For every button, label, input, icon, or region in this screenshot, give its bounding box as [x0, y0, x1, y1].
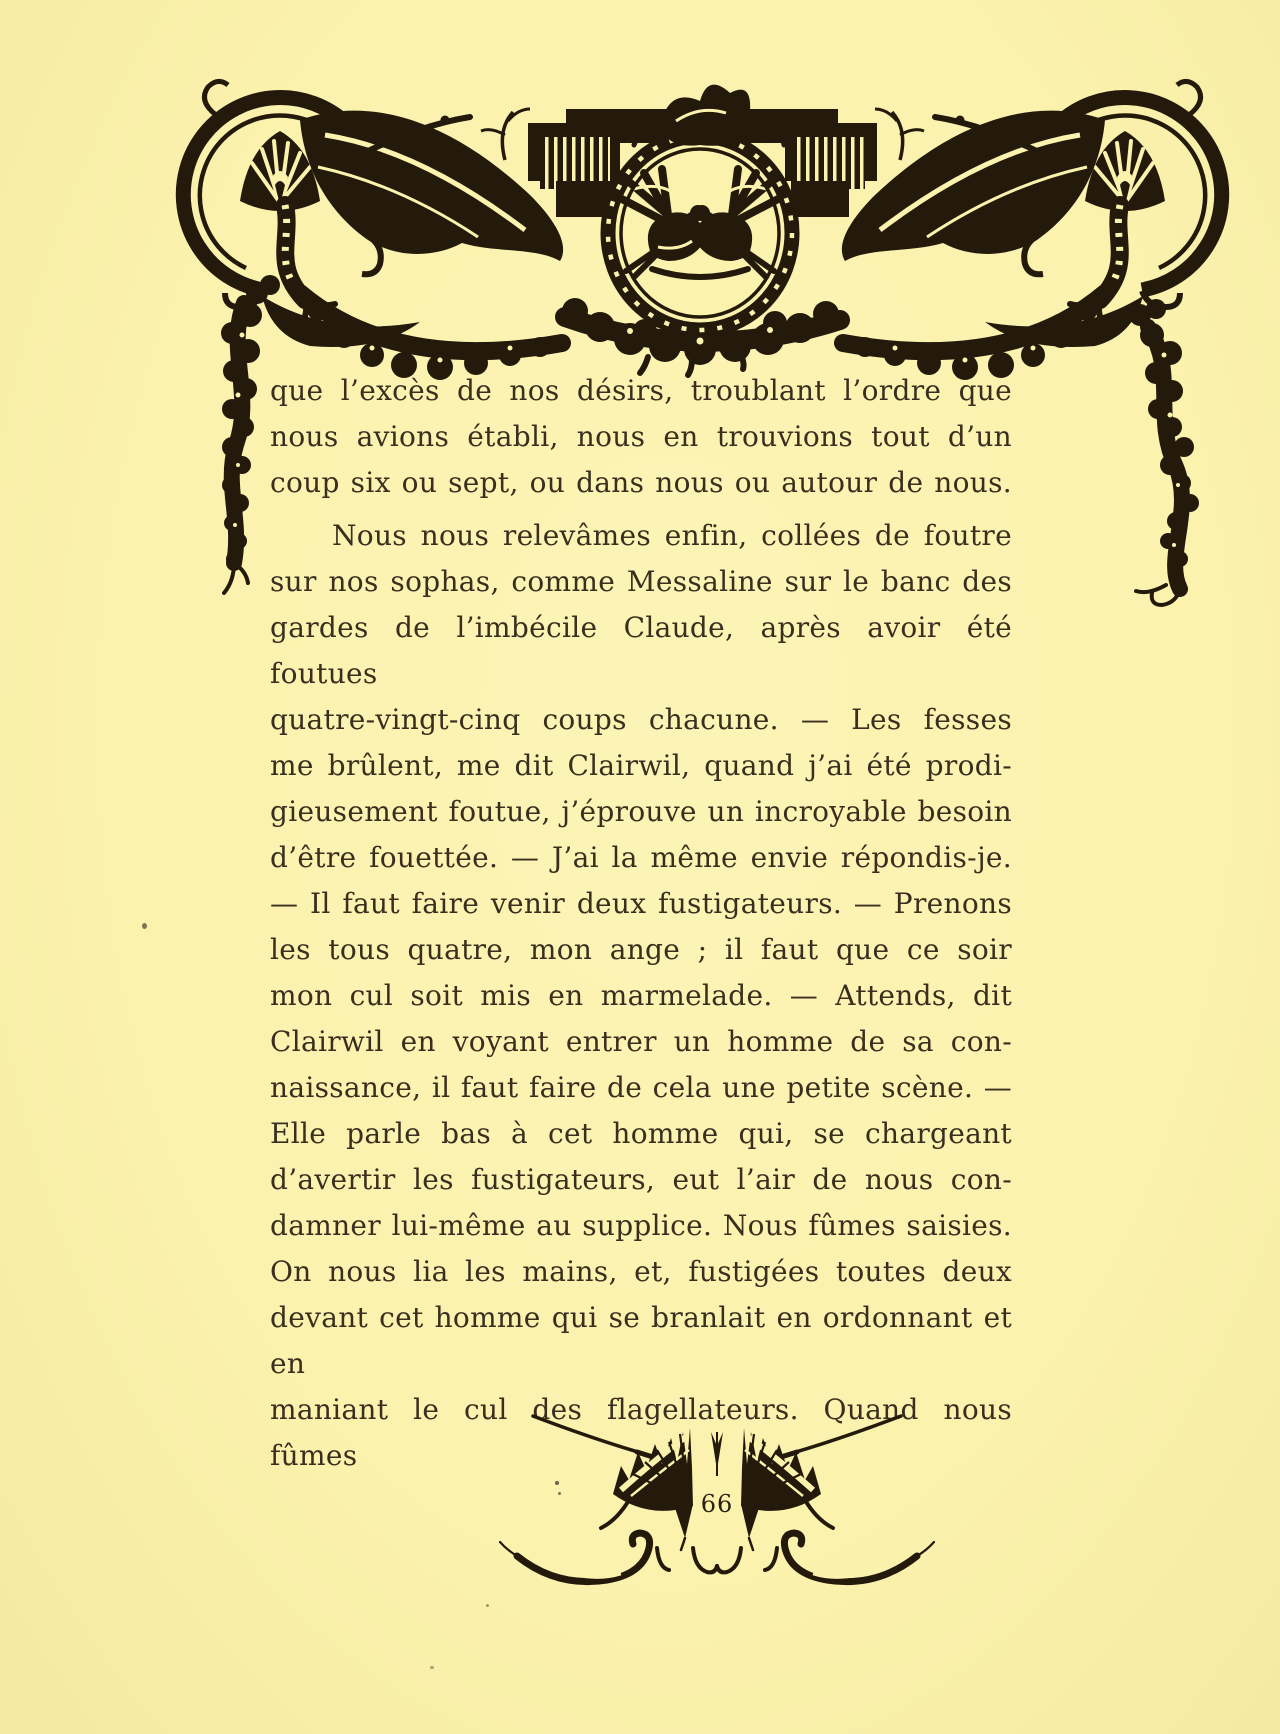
text-line: sur nos sophas, comme Messaline sur le b…	[270, 559, 1012, 605]
text-line: me brûlent, me dit Clairwil, quand j’ai …	[270, 743, 1012, 789]
text-line: naissance, il faut faire de cela une pet…	[270, 1065, 1012, 1111]
paragraph-2: Nous nous relevâmes enfin, collées de fo…	[270, 513, 1012, 1479]
text-line: gardes de l’imbécile Claude, après avoir…	[270, 605, 1012, 697]
ink-speck	[555, 1481, 559, 1485]
text-block: que l’excès de nos désirs, troublant l’o…	[270, 368, 1012, 1479]
text-line: Nous nous relevâmes enfin, collées de fo…	[270, 513, 1012, 559]
rocaille-crest	[660, 85, 764, 146]
tailpiece-center-spike	[711, 1432, 723, 1476]
page-number: 66	[689, 1490, 745, 1518]
book-page: que l’excès de nos désirs, troublant l’o…	[0, 0, 1280, 1734]
text-line: d’avertir les fustigateurs, eut l’air de…	[270, 1157, 1012, 1203]
text-line: que l’excès de nos désirs, troublant l’o…	[270, 368, 1012, 414]
tailpiece-half	[500, 1416, 717, 1582]
text-line: devant cet homme qui se branlait en ordo…	[270, 1295, 1012, 1387]
text-line: les tous quatre, mon ange ; il faut que …	[270, 927, 1012, 973]
text-line: damner lui-même au supplice. Nous fûmes …	[270, 1203, 1012, 1249]
text-line: mon cul soit mis en marmelade. — Attends…	[270, 973, 1012, 1019]
ink-speck	[142, 923, 147, 929]
floral-pendant-right	[1129, 299, 1199, 605]
text-line: d’être fouettée. — J’ai la même envie ré…	[270, 835, 1012, 881]
text-line: quatre-vingt-cinq coups chacune. — Les f…	[270, 697, 1012, 743]
text-line: Clairwil en voyant entrer un homme de sa…	[270, 1019, 1012, 1065]
ink-speck	[430, 1666, 434, 1669]
text-line: coup six ou sept, ou dans nous ou autour…	[270, 460, 1012, 506]
text-line: gieusement foutue, j’éprouve un incroyab…	[270, 789, 1012, 835]
text-line: Elle parle bas à cet homme qui, se charg…	[270, 1111, 1012, 1157]
text-line: nous avions établi, nous en trouvions to…	[270, 414, 1012, 460]
text-line: On nous lia les mains, et, fustigées tou…	[270, 1249, 1012, 1295]
text-line: — Il faut faire venir deux fustigateurs.…	[270, 881, 1012, 927]
ink-speck	[558, 1492, 561, 1495]
ink-speck	[486, 1604, 489, 1607]
paragraph-1: que l’excès de nos désirs, troublant l’o…	[270, 368, 1012, 506]
